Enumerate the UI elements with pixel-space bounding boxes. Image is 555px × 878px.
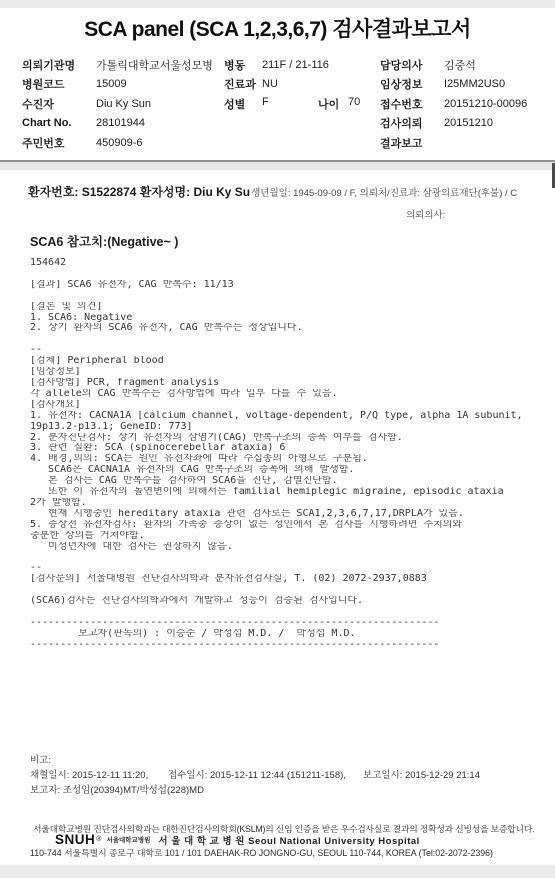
header-row: 수진자 Diu Ky Sun 성별 F 나이 70 접수번호 20151210-… bbox=[22, 94, 547, 114]
field-label: 의뢰기관명 bbox=[22, 57, 96, 73]
field-label: 주민번호 bbox=[22, 135, 96, 151]
report-line: 1. 유전자: CACNA1A [calcium channel, voltag… bbox=[30, 411, 545, 422]
report-line bbox=[30, 585, 545, 596]
referring-doctor-label: 의뢰의사: bbox=[406, 207, 445, 221]
reporter-line: 보고자: 조성임(20394)MT/박성섭(228)MD bbox=[30, 782, 204, 796]
received-datetime: 접수일시: 2015-12-11 12:44 (151211-158), bbox=[168, 767, 346, 781]
field-label: 나이 bbox=[318, 96, 348, 112]
field-label: 성별 bbox=[224, 96, 262, 112]
report-line: 4. 배경,의의: SCA는 원인 유전자좌에 따라 수십종의 아형으로 구분됨… bbox=[30, 454, 545, 465]
report-line: 각 allele의 CAG 반복수는 검사방법에 따라 일부 다를 수 있음. bbox=[30, 389, 545, 400]
report-line: 또한 이 유전자의 돌연변이에 의해서는 familial hemiplegic… bbox=[30, 487, 545, 498]
reported-datetime: 보고일시: 2015-12-29 21:14 bbox=[363, 767, 480, 781]
report-line bbox=[30, 552, 545, 563]
snuh-logo-korean: 서울대학교병원 bbox=[106, 835, 150, 844]
report-line: 2. 분자진단검사: 상기 유전자의 삼염기(CAG) 반복구조의 증폭 여부를… bbox=[30, 433, 545, 444]
report-line bbox=[30, 334, 545, 345]
field-value: 70 bbox=[348, 96, 360, 112]
report-line: [결과] SCA6 유전자, CAG 반복수: 11/13 bbox=[30, 280, 545, 291]
report-line: [결론 및 의견] bbox=[30, 302, 545, 313]
field-value: 28101944 bbox=[96, 117, 224, 129]
report-page: SCA panel (SCA 1,2,3,6,7) 검사결과보고서 의뢰기관명 … bbox=[0, 0, 555, 878]
report-line: -- bbox=[30, 563, 545, 574]
field-label: 결과보고 bbox=[380, 135, 444, 151]
field-value: 20151210 bbox=[444, 117, 547, 129]
field-value: F bbox=[262, 96, 318, 112]
report-line: -- bbox=[30, 345, 545, 356]
patient-birth-referrer: 생년월일: 1945-09-09 / F, 의뢰처/진료과: 삼광의료재단(후불… bbox=[251, 185, 517, 199]
report-line: [검사개요] bbox=[30, 400, 545, 411]
report-line: 5. 증상전 유전자검사: 환자의 가족중 증상이 없는 성인에서 본 검사를 … bbox=[30, 520, 545, 531]
field-value: 211F / 21-116 bbox=[262, 59, 380, 71]
report-line: [검사문의] 서울대병원 진단검사의학과 분자유전검사실, T. (02) 20… bbox=[30, 574, 545, 585]
field-label: 진료과 bbox=[224, 76, 262, 92]
patient-id-name: 환자번호: S1522874 환자성명: Diu Ky Su bbox=[28, 183, 250, 200]
hospital-logo-line: SNUH ® 서울대학교병원 서 울 대 학 교 병 원 Seoul Natio… bbox=[55, 832, 420, 847]
field-label: 임상정보 bbox=[380, 76, 444, 92]
report-line: 미성년자에 대한 검사는 권장하지 않음. bbox=[30, 542, 545, 553]
field-label: 수진자 bbox=[22, 96, 96, 112]
report-line: 충분한 상의를 거쳐야함. bbox=[30, 531, 545, 542]
bottom-strip bbox=[0, 865, 555, 878]
patient-bar: 환자번호: S1522874 환자성명: Diu Ky Su 생년월일: 194… bbox=[28, 183, 555, 200]
report-line: 19p13.2-p13.1; GeneID: 773] bbox=[30, 422, 545, 433]
remark-label: 비고: bbox=[30, 752, 51, 766]
field-value: NU bbox=[262, 78, 380, 90]
report-line: 보고자(판독의) : 이승준 / 박성섭 M.D. / 박성섭 M.D. bbox=[30, 629, 545, 640]
report-line: 본 검사는 CAG 반복수를 검사하여 SCA6을 진단, 감별진단함. bbox=[30, 476, 545, 487]
header-row: 병원코드 15009 진료과 NU 임상정보 I25MM2US0 bbox=[22, 75, 547, 95]
header-row: Chart No. 28101944 검사의뢰 20151210 bbox=[22, 114, 547, 134]
field-label: 접수번호 bbox=[380, 96, 444, 112]
field-value: 15009 bbox=[96, 78, 224, 90]
page-title: SCA panel (SCA 1,2,3,6,7) 검사결과보고서 bbox=[0, 13, 555, 43]
field-value: I25MM2US0 bbox=[444, 78, 547, 90]
sex-age-group: F 나이 70 bbox=[262, 96, 380, 112]
collected-datetime: 채혈일시: 2015-12-11 11:20, bbox=[30, 767, 148, 781]
header-row: 주민번호 450909-6 결과보고 bbox=[22, 133, 547, 153]
field-value: 20151210-00096 bbox=[444, 98, 547, 110]
hospital-name: 서 울 대 학 교 병 원 Seoul National University … bbox=[158, 833, 419, 847]
header-info-grid: 의뢰기관명 가톨릭대학교서울성모병 병동 211F / 21-116 담당의사 … bbox=[22, 55, 547, 153]
report-line: SCA6은 CACNA1A 유전자의 CAG 반복구조의 증폭에 의해 발생함. bbox=[30, 465, 545, 476]
report-body: 154642 [결과] SCA6 유전자, CAG 반복수: 11/13 [결론… bbox=[30, 258, 545, 651]
field-value: 김중석 bbox=[444, 57, 547, 73]
hospital-address: 110-744 서울특별시 종로구 대학로 101 / 101 DAEHAK-R… bbox=[30, 846, 540, 859]
report-line: [임상정보] bbox=[30, 367, 545, 378]
field-label: 병원코드 bbox=[22, 76, 96, 92]
report-line: [검사방법] PCR, fragment analysis bbox=[30, 378, 545, 389]
report-line: 1. SCA6: Negative bbox=[30, 313, 545, 324]
report-line bbox=[30, 607, 545, 618]
field-value: 450909-6 bbox=[96, 137, 224, 149]
header-divider bbox=[0, 160, 555, 170]
snuh-logo: SNUH bbox=[55, 832, 95, 847]
report-line: (SCA6)검사는 진단검사의학과에서 개발하고 성능이 검증된 검사입니다. bbox=[30, 596, 545, 607]
header-row: 의뢰기관명 가톨릭대학교서울성모병 병동 211F / 21-116 담당의사 … bbox=[22, 55, 547, 75]
field-label: Chart No. bbox=[22, 117, 96, 129]
report-line bbox=[30, 269, 545, 280]
report-line: ----------------------------------------… bbox=[30, 640, 545, 651]
report-line: 현재 시행중인 hereditary ataxia 관련 검사로는 SCA1,2… bbox=[30, 509, 545, 520]
top-strip bbox=[0, 0, 555, 8]
report-line: 154642 bbox=[30, 258, 545, 269]
registered-mark-icon: ® bbox=[96, 836, 101, 843]
field-label: 담당의사 bbox=[380, 57, 444, 73]
field-label: 검사의뢰 bbox=[380, 115, 444, 131]
report-line: 2가 발행함. bbox=[30, 498, 545, 509]
reference-range-title: SCA6 참고치:(Negative~ ) bbox=[30, 232, 178, 250]
report-line bbox=[30, 291, 545, 302]
report-line: 2. 상기 환자의 SCA6 유전자, CAG 반복수는 정상입니다. bbox=[30, 323, 545, 334]
field-value: Diu Ky Sun bbox=[96, 98, 224, 110]
report-line: 3. 관련 질환: SCA (spinocerebellar ataxia) 6 bbox=[30, 443, 545, 454]
field-label: 병동 bbox=[224, 57, 262, 73]
report-line: [검체] Peripheral blood bbox=[30, 356, 545, 367]
field-value: 가톨릭대학교서울성모병 bbox=[96, 57, 224, 73]
report-line: ----------------------------------------… bbox=[30, 618, 545, 629]
